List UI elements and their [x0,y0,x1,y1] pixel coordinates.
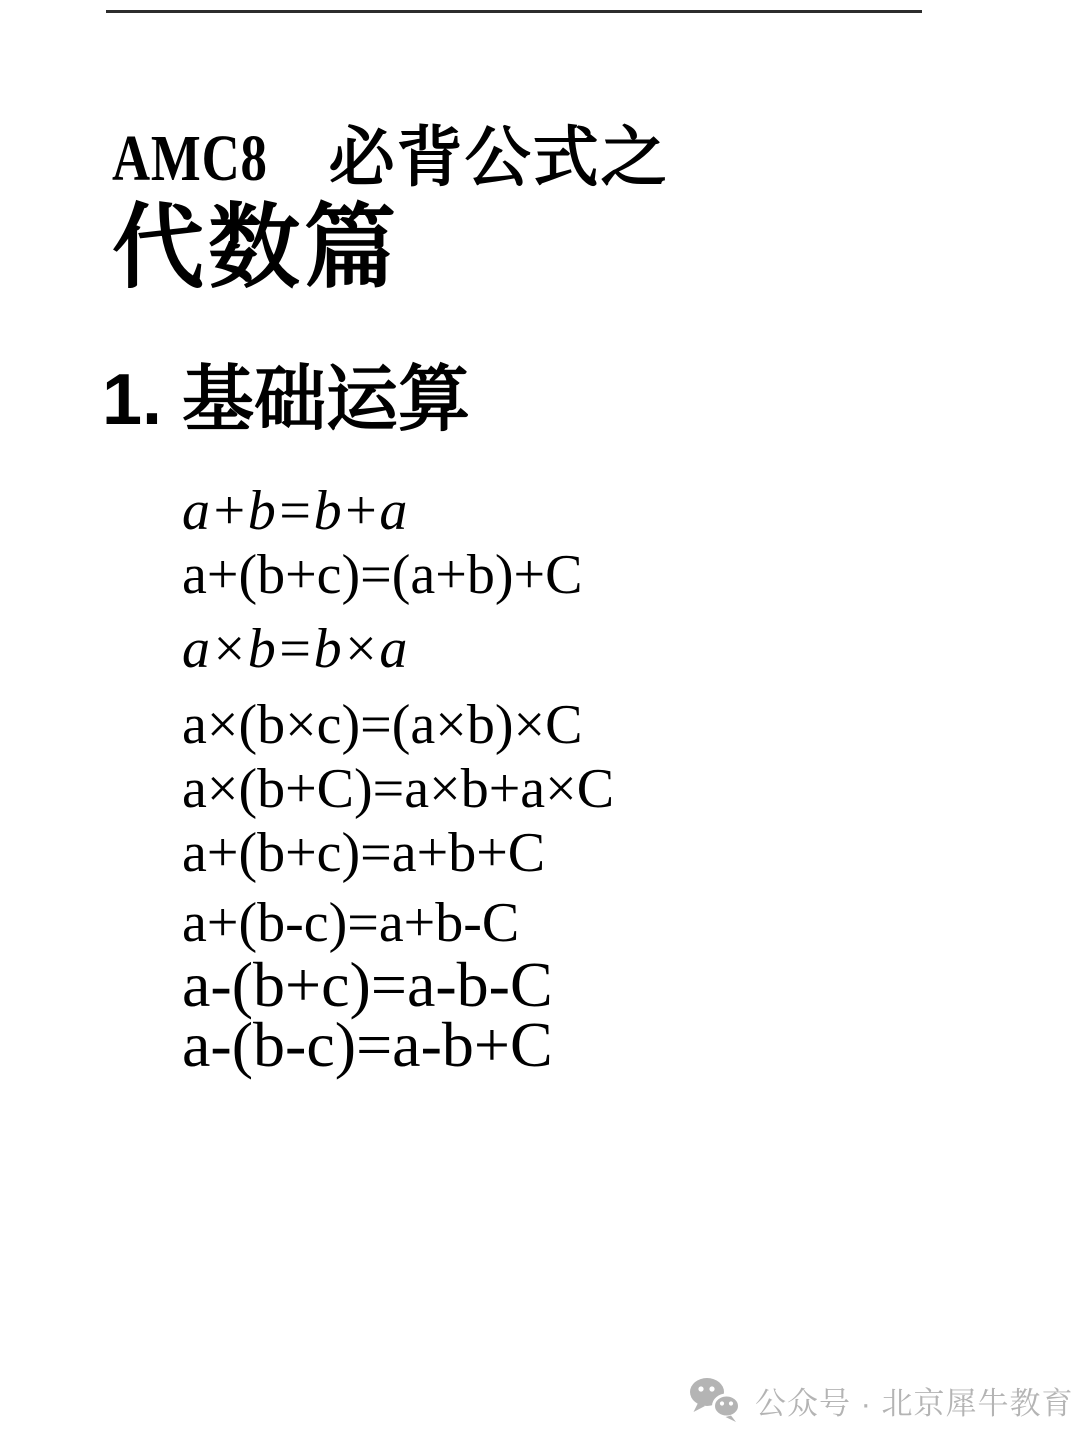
formula-commutative-multiplication: a×b=b×a [182,617,614,681]
watermark: 公众号 · 北京犀牛教育 [688,1376,1074,1424]
watermark-text: 公众号 · 北京犀牛教育 [755,1378,1074,1423]
formula-add-parentheses: a+(b+c)=a+b+C [182,821,614,885]
title-line1: AMC8必背公式之 [112,122,669,196]
formula-subtract-difference: a-(b-c)=a-b+C [182,1015,614,1075]
formula-distributive: a×(b+C)=a×b+a×C [182,757,614,821]
formula-associative-addition: a+(b+c)=(a+b)+C [182,543,614,607]
wechat-icon [688,1376,742,1424]
document-page: AMC8必背公式之 代数篇 1. 基础运算 a+b=b+a a+(b+c)=(a… [0,0,1080,1440]
title-latin: AMC8 [112,122,268,196]
formula-list: a+b=b+a a+(b+c)=(a+b)+C a×b=b×a a×(b×c)=… [182,479,614,1075]
formula-add-subtract-parentheses: a+(b-c)=a+b-C [182,891,614,955]
title-line2: 代数篇 [112,198,669,298]
section-heading: 1. 基础运算 [102,358,470,442]
header-rule [106,10,922,13]
formula-subtract-sum: a-(b+c)=a-b-C [182,955,614,1015]
formula-associative-multiplication: a×(b×c)=(a×b)×C [182,693,614,757]
document-title: AMC8必背公式之 代数篇 [112,122,669,298]
formula-commutative-addition: a+b=b+a [182,479,614,543]
title-cjk: 必背公式之 [329,122,669,195]
